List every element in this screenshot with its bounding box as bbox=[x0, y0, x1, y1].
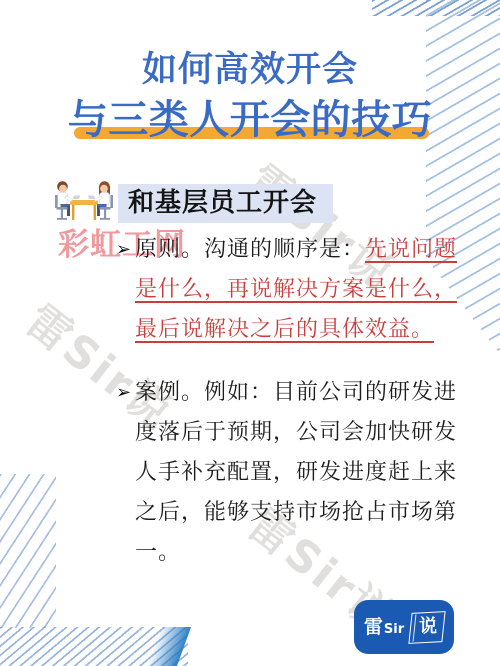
hatch-lines-left-band bbox=[0, 474, 56, 628]
bullet-list: ➢ 原则。沟通的顺序是：先说问题是什么，再说解决方案是什么，最后说解决之后的具体… bbox=[116, 230, 462, 596]
arrow-bullet-icon: ➢ bbox=[116, 373, 135, 413]
bullet-principle-text: 原则。沟通的顺序是：先说问题是什么，再说解决方案是什么，最后说解决之后的具体效益… bbox=[135, 230, 458, 350]
bullet-case-text: 案例。例如：目前公司的研发进度落后于预期，公司会加快研发人手补充配置，研发进度赶… bbox=[135, 373, 458, 573]
bullet-case-lead: 案例。例如：目前公司的研发进度落后于预期，公司会加快研发人手补充配置，研发进度赶… bbox=[135, 380, 457, 565]
arrow-bullet-icon: ➢ bbox=[116, 230, 135, 270]
infographic-page: 雷Sir说 雷Sir说 雷Sir说 彩虹工网 如何高效开会 与三类人开会的技巧 bbox=[0, 0, 500, 666]
bullet-case: ➢ 案例。例如：目前公司的研发进度落后于预期，公司会加快研发人手补充配置，研发进… bbox=[116, 373, 462, 573]
section-header: 和基层员工开会 bbox=[52, 176, 333, 230]
meeting-people-icon bbox=[52, 176, 116, 230]
page-title: 如何高效开会 bbox=[0, 42, 500, 92]
section-heading: 和基层员工开会 bbox=[118, 184, 333, 223]
logo-text-shuo: 说 bbox=[419, 617, 437, 635]
leisir-logo-badge: 雷 Sir 说 bbox=[354, 600, 454, 654]
open-book-frame-icon: 说 bbox=[408, 611, 445, 644]
bullet-principle: ➢ 原则。沟通的顺序是：先说问题是什么，再说解决方案是什么，最后说解决之后的具体… bbox=[116, 230, 462, 350]
logo-text-lei: 雷 bbox=[364, 618, 383, 637]
page-subtitle: 与三类人开会的技巧 bbox=[0, 88, 500, 144]
bullet-principle-lead: 原则。沟通的顺序是： bbox=[135, 237, 365, 262]
logo-text-sir: Sir bbox=[384, 623, 404, 636]
page-subtitle-text: 与三类人开会的技巧 bbox=[68, 97, 433, 143]
